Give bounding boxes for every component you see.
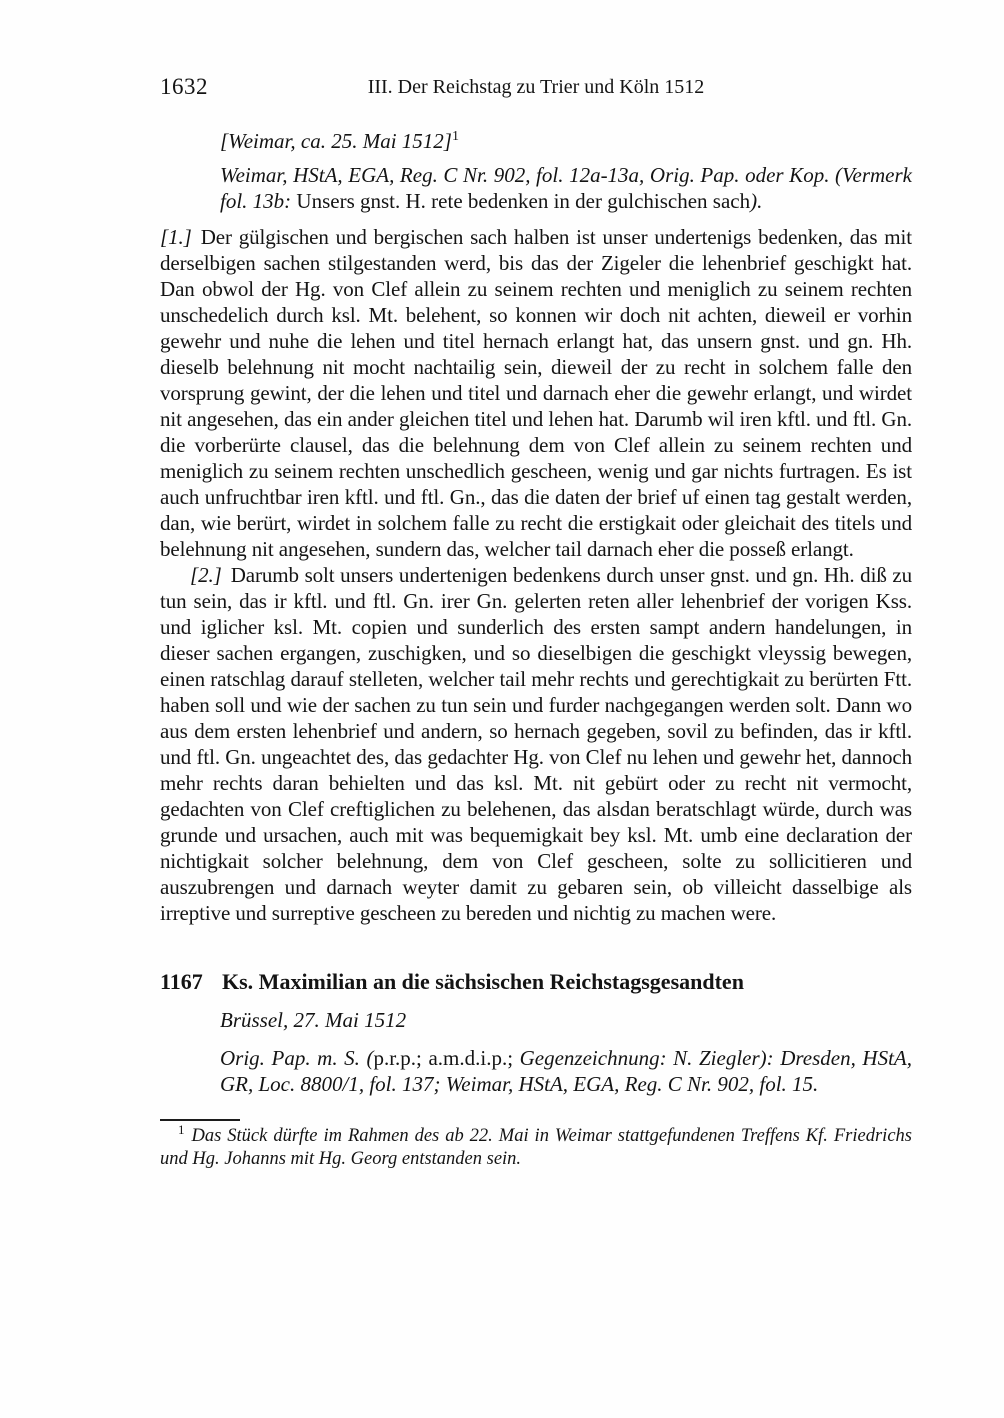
footnote-1-text: Das Stück dürfte im Rahmen des ab 22. Ma…: [160, 1126, 912, 1169]
entry-1167-heading: 1167 Ks. Maximilian an die sächsischen R…: [160, 968, 912, 995]
dateline-weimar: [Weimar, ca. 25. Mai 1512]1: [220, 128, 912, 154]
entry-source-italic-lead: Orig. Pap. m. S. (: [220, 1046, 373, 1070]
paragraph-2: [2.]Darumb solt unsers undertenigen bede…: [160, 562, 912, 926]
running-head: III. Der Reichstag zu Trier und Köln 151…: [160, 74, 912, 99]
entry-1167-source-note: Orig. Pap. m. S. (p.r.p.; a.m.d.i.p.; Ge…: [220, 1045, 912, 1097]
paragraph-2-label: [2.]: [190, 563, 231, 587]
dateline-text: [Weimar, ca. 25. Mai 1512]: [220, 129, 452, 153]
paragraph-1: [1.]Der gülgischen und bergischen sach h…: [160, 224, 912, 562]
paragraph-2-text: Darumb solt unsers undertenigen bedenken…: [160, 563, 912, 925]
entry-1167-title: Ks. Maximilian an die sächsischen Reichs…: [222, 968, 744, 995]
entry-1167-number: 1167: [160, 968, 222, 995]
footnote-separator-rule: [160, 1119, 240, 1121]
entry-source-roman-text: p.r.p.; a.m.d.i.p.;: [373, 1046, 513, 1070]
source-note-italic-close: ).: [750, 189, 762, 213]
book-page-scan: 1632 III. Der Reichstag zu Trier und Köl…: [0, 0, 1004, 1418]
source-note-prev-entry: Weimar, HStA, EGA, Reg. C Nr. 902, fol. …: [220, 162, 912, 214]
footnote-1: 1Das Stück dürfte im Rahmen des ab 22. M…: [160, 1125, 912, 1171]
paragraph-1-label: [1.]: [160, 225, 201, 249]
footnote-1-marker: 1: [178, 1122, 192, 1137]
page-number: 1632: [160, 74, 208, 100]
entry-1167-dateline: Brüssel, 27. Mai 1512: [220, 1007, 912, 1033]
text-block: 1632 III. Der Reichstag zu Trier und Köl…: [160, 74, 912, 1171]
source-note-roman-text: Unsers gnst. H. rete bedenken in der gul…: [291, 189, 750, 213]
document-body: [1.]Der gülgischen und bergischen sach h…: [160, 224, 912, 926]
page-header: 1632 III. Der Reichstag zu Trier und Köl…: [160, 74, 912, 102]
footnote-block: 1Das Stück dürfte im Rahmen des ab 22. M…: [160, 1119, 912, 1171]
footnote-ref-1: 1: [452, 129, 459, 144]
paragraph-1-text: Der gülgischen und bergischen sach halbe…: [160, 225, 912, 561]
